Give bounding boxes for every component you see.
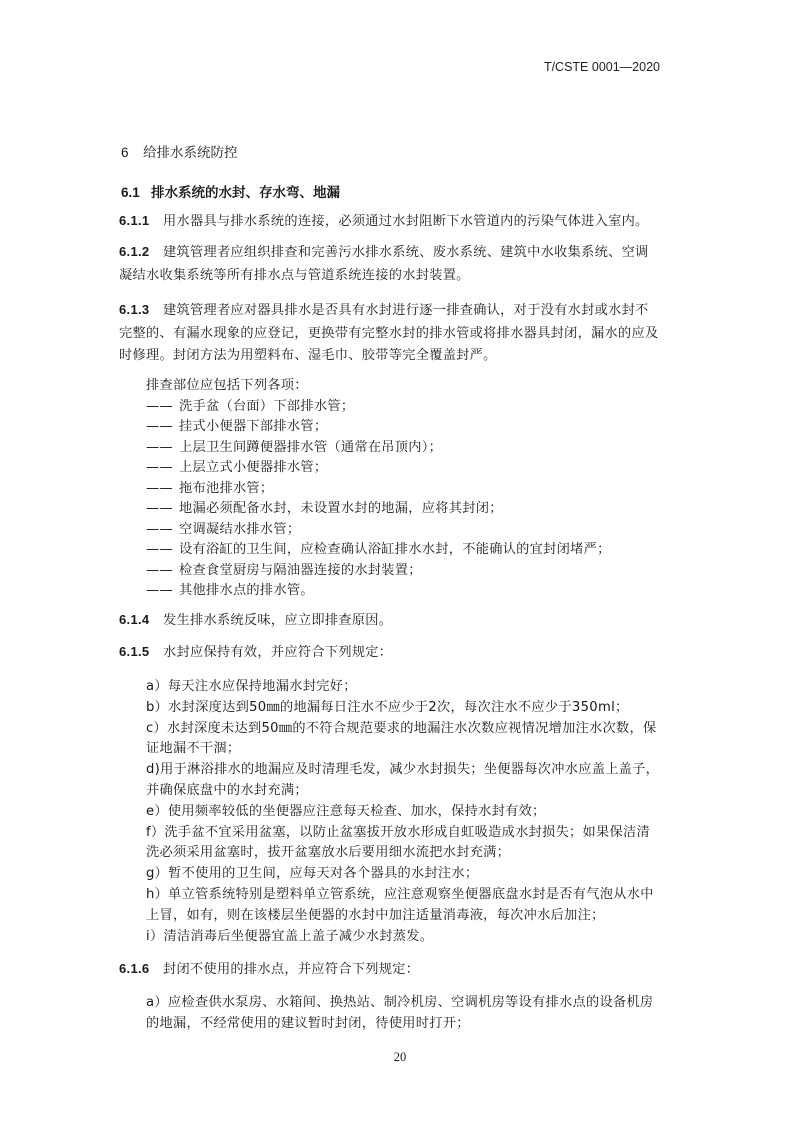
list-item: ——上层立式小便器排水管； <box>146 458 686 479</box>
section-title: 排水系统的水封、存水弯、地漏 <box>151 185 340 201</box>
page-number: 20 <box>0 1050 800 1065</box>
document-page: T/CSTE 0001—2020 6给排水系统防控 6.1排水系统的水封、存水弯… <box>0 0 800 1131</box>
item-a-cont: 的地漏，不经常使用的建议暂时封闭，待使用时打开； <box>146 1014 686 1035</box>
clause-6-1-3: 6.1.3建筑管理者应对器具排水是否具有水封进行逐一排查确认，对于没有水封或水封… <box>119 299 685 368</box>
item-f-cont: 洗必须采用盆塞时，拔开盆塞放水后要用细水流把水封充满； <box>146 843 686 864</box>
list-item-text: 挂式小便器下部排水管； <box>179 419 327 434</box>
dash-marker: —— <box>146 561 179 582</box>
dash-marker: —— <box>146 540 179 561</box>
list-item: ——洗手盆（台面）下部排水管； <box>146 397 686 418</box>
list-item: ——其他排水点的排水管。 <box>146 581 686 602</box>
list-item-text: 设有浴缸的卫生间，应检查确认浴缸排水水封，不能确认的宜封闭堵严； <box>179 542 611 557</box>
dash-marker: —— <box>146 520 179 541</box>
dash-marker: —— <box>146 479 179 500</box>
item-d-cont: 并确保底盘中的水封充满； <box>146 781 686 802</box>
item-h: h）单立管系统特别是塑料单立管系统，应注意观察坐便器底盘水封是否有气泡从水中 <box>146 885 686 906</box>
clause-text: 建筑管理者应对器具排水是否具有水封进行逐一排查确认，对于没有水封或水封不 <box>163 303 649 318</box>
list-item-text: 空调凝结水排水管； <box>179 522 300 537</box>
list-item: ——挂式小便器下部排水管； <box>146 417 686 438</box>
clause-number: 6.1.5 <box>119 641 163 664</box>
clause-text: 水封应保持有效，并应符合下列规定： <box>163 645 392 660</box>
list-item-text: 地漏必须配备水封，未设置水封的地漏，应将其封闭； <box>179 501 503 516</box>
clause-text-cont: 时修理。封闭方法为用塑料布、湿毛巾、胶带等完全覆盖封严。 <box>119 345 685 368</box>
item-a: a）应检查供水泵房、水箱间、换热站、制冷机房、空调机房等设有排水点的设备机房 <box>146 993 686 1014</box>
item-g: g）暂不使用的卫生间，应每天对各个器具的水封注水； <box>146 864 686 885</box>
dash-marker: —— <box>146 397 179 418</box>
item-f: f）洗手盆不宜采用盆塞，以防止盆塞拔开放水形成自虹吸造成水封损失；如果保洁清 <box>146 823 686 844</box>
section-number: 6.1 <box>121 183 151 202</box>
clause-number: 6.1.3 <box>119 299 163 322</box>
clause-text: 建筑管理者应组织排查和完善污水排水系统、废水系统、建筑中水收集系统、空调 <box>163 245 649 260</box>
chapter-number: 6 <box>121 143 143 162</box>
list-item-text: 上层卫生间蹲便器排水管（通常在吊顶内）； <box>179 440 442 455</box>
item-h-cont: 上冒，如有，则在该楼层坐便器的水封中加注适量消毒液，每次冲水后加注； <box>146 906 686 927</box>
clause-6-1-2: 6.1.2建筑管理者应组织排查和完善污水排水系统、废水系统、建筑中水收集系统、空… <box>119 241 685 287</box>
dash-marker: —— <box>146 458 179 479</box>
list-item: ——空调凝结水排水管； <box>146 520 686 541</box>
item-e: e）使用频率较低的坐便器应注意每天检查、加水，保持水封有效； <box>146 802 686 823</box>
list-item: ——地漏必须配备水封，未设置水封的地漏，应将其封闭； <box>146 499 686 520</box>
dash-marker: —— <box>146 499 179 520</box>
list-item-text: 拖布池排水管； <box>179 481 273 496</box>
dash-marker: —— <box>146 438 179 459</box>
clause-number: 6.1.4 <box>119 609 163 632</box>
chapter-heading: 6给排水系统防控 <box>121 143 238 163</box>
list-item: ——设有浴缸的卫生间，应检查确认浴缸排水水封，不能确认的宜封闭堵严； <box>146 540 686 561</box>
clause-6-1-5: 6.1.5水封应保持有效，并应符合下列规定： <box>119 641 685 665</box>
clause-6-1-5-items: a）每天注水应保持地漏水封完好； b）水封深度达到50㎜的地漏每日注水不应少于2… <box>146 677 686 947</box>
item-b: b）水封深度达到50㎜的地漏每日注水不应少于2次，每次注水不应少于350ml； <box>146 698 686 719</box>
clause-6-1-4: 6.1.4发生排水系统反味，应立即排查原因。 <box>119 609 685 633</box>
inspection-list: 排查部位应包括下列各项： ——洗手盆（台面）下部排水管； ——挂式小便器下部排水… <box>146 376 686 602</box>
dash-marker: —— <box>146 581 179 602</box>
clause-6-1-6-items: a）应检查供水泵房、水箱间、换热站、制冷机房、空调机房等设有排水点的设备机房 的… <box>146 993 686 1035</box>
item-i: i）清洁消毒后坐便器宜盖上盖子减少水封蒸发。 <box>146 927 686 948</box>
clause-number: 6.1.6 <box>119 958 163 981</box>
clause-text: 封闭不使用的排水点，并应符合下列规定： <box>163 962 419 977</box>
item-c-cont: 证地漏不干涸； <box>146 739 686 760</box>
clause-6-1-1: 6.1.1用水器具与排水系统的连接，必须通过水封阻断下水管道内的污染气体进入室内… <box>119 210 685 234</box>
list-item: ——上层卫生间蹲便器排水管（通常在吊顶内）； <box>146 438 686 459</box>
list-item: ——拖布池排水管； <box>146 479 686 500</box>
list-intro: 排查部位应包括下列各项： <box>146 376 686 397</box>
chapter-title: 给排水系统防控 <box>143 145 238 161</box>
list-item-text: 洗手盆（台面）下部排水管； <box>179 399 354 414</box>
list-item-text: 检查食堂厨房与隔油器连接的水封装置； <box>179 563 422 578</box>
section-heading: 6.1排水系统的水封、存水弯、地漏 <box>121 183 340 203</box>
clause-6-1-6: 6.1.6封闭不使用的排水点，并应符合下列规定： <box>119 958 685 982</box>
clause-text: 发生排水系统反味，应立即排查原因。 <box>163 613 392 628</box>
clause-number: 6.1.1 <box>119 210 163 233</box>
dash-marker: —— <box>146 417 179 438</box>
clause-text-cont: 凝结水收集系统等所有排水点与管道系统连接的水封装置。 <box>119 265 685 288</box>
list-item-text: 上层立式小便器排水管； <box>179 460 327 475</box>
standard-code: T/CSTE 0001—2020 <box>544 60 660 74</box>
item-c: c）水封深度未达到50㎜的不符合规范要求的地漏注水次数应视情况增加注水次数，保 <box>146 719 686 740</box>
item-a: a）每天注水应保持地漏水封完好； <box>146 677 686 698</box>
item-d: d)用于淋浴排水的地漏应及时清理毛发，减少水封损失；坐便器每次冲水应盖上盖子， <box>146 760 686 781</box>
clause-text: 用水器具与排水系统的连接，必须通过水封阻断下水管道内的污染气体进入室内。 <box>163 214 649 229</box>
clause-number: 6.1.2 <box>119 241 163 264</box>
list-item-text: 其他排水点的排水管。 <box>179 583 314 598</box>
list-item: ——检查食堂厨房与隔油器连接的水封装置； <box>146 561 686 582</box>
clause-text-cont: 完整的、有漏水现象的应登记，更换带有完整水封的排水管或将排水器具封闭，漏水的应及 <box>119 323 685 346</box>
